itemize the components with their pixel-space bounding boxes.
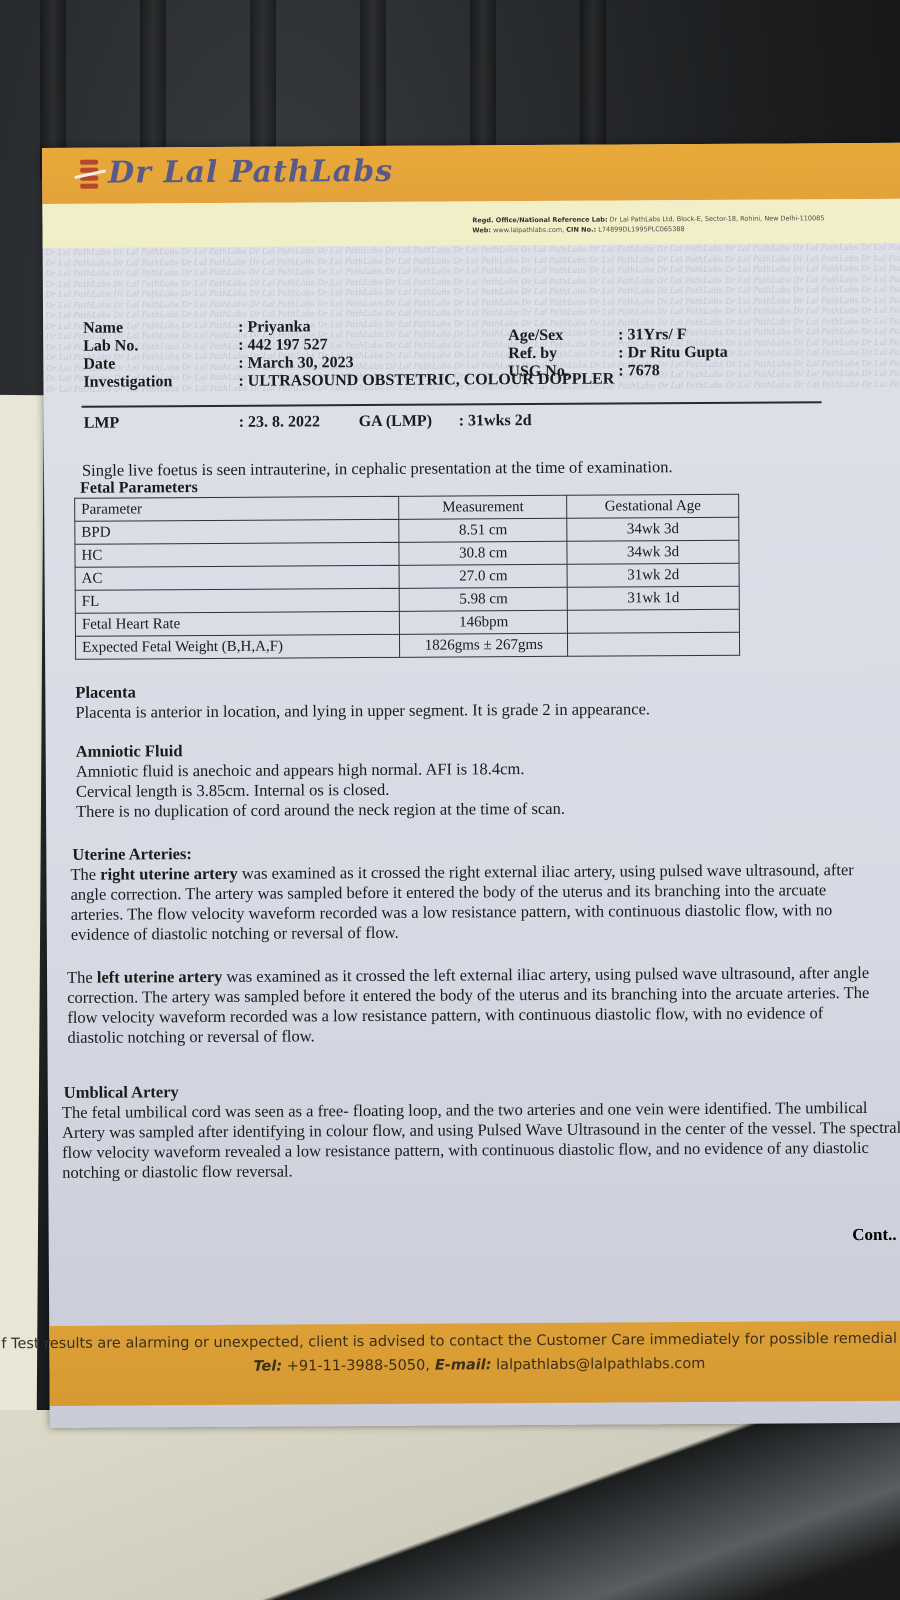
labno-label: Lab No. xyxy=(83,337,238,356)
brand-logo: Dr Lal PathLabs xyxy=(74,154,393,191)
table-cell: 30.8 cm xyxy=(399,541,567,565)
placenta-text: Placenta is anterior in location, and ly… xyxy=(75,699,650,723)
patient-name: : Priyanka xyxy=(238,318,311,335)
ga-value: : 31wks 2d xyxy=(459,412,532,429)
underlying-paper xyxy=(0,395,44,1495)
fetal-parameters-title: Fetal Parameters xyxy=(80,478,198,499)
dna-logo-icon xyxy=(74,156,104,190)
table-cell: FL xyxy=(75,588,400,613)
usg-label: USG No. xyxy=(508,362,618,381)
tel-number: +91-11-3988-5050, xyxy=(282,1358,430,1375)
table-cell: 146bpm xyxy=(400,610,568,634)
right-uterine-paragraph: The right uterine artery was examined as… xyxy=(70,860,880,945)
ga-label: GA (LMP) xyxy=(359,411,459,432)
uterine-title: Uterine Arteries: xyxy=(72,844,192,865)
left-uterine-bold: left uterine artery xyxy=(97,967,223,987)
right-uterine-bold: right uterine artery xyxy=(100,864,238,884)
footer-contact: Tel: +91-11-3988-5050, E-mail: lalpathla… xyxy=(49,1355,900,1376)
column-header: Gestational Age xyxy=(567,494,739,518)
investigation-label: Investigation xyxy=(83,373,238,392)
table-cell: 8.51 cm xyxy=(399,518,567,542)
header-band: Dr Lal PathLabs xyxy=(42,143,900,204)
cin-label: CIN No.: xyxy=(566,226,596,234)
umbilical-text: The fetal umbilical cord was seen as a f… xyxy=(62,1098,900,1183)
regd-value: Dr Lal PathLabs Ltd, Block-E, Sector-18,… xyxy=(610,214,825,223)
table-cell: 31wk 1d xyxy=(567,586,739,610)
lab-report-sheet: Dr Lal PathLabs Regd. Office/National Re… xyxy=(42,143,900,1428)
column-header: Parameter xyxy=(75,496,400,521)
table-cell: 31wk 2d xyxy=(567,563,739,587)
regd-label: Regd. Office/National Reference Lab: xyxy=(472,216,607,225)
lmp-value: : 23. 8. 2022 xyxy=(239,412,359,433)
web-value: www.lalpathlabs.com, xyxy=(493,226,564,234)
left-uterine-pre: The xyxy=(67,968,97,987)
email-address: lalpathlabs@lalpathlabs.com xyxy=(491,1356,705,1373)
report-date: : March 30, 2023 xyxy=(238,354,353,372)
table-cell: BPD xyxy=(75,519,400,544)
agesex-label: Age/Sex xyxy=(508,326,618,345)
table-cell: 34wk 3d xyxy=(567,540,739,564)
table-cell: Fetal Heart Rate xyxy=(75,611,400,636)
brand-name: Dr Lal PathLabs xyxy=(108,154,393,191)
left-uterine-paragraph: The left uterine artery was examined as … xyxy=(67,963,877,1048)
footer-notice: f Test results are alarming or unexpecte… xyxy=(1,1331,900,1353)
table-cell: AC xyxy=(75,565,400,590)
referred-by: : Dr Ritu Gupta xyxy=(618,344,728,362)
email-label: E-mail: xyxy=(430,1357,492,1373)
lab-number: : 442 197 527 xyxy=(238,336,327,354)
fetal-parameters-table: ParameterMeasurementGestational AgeBPD8.… xyxy=(74,494,740,660)
table-row: Expected Fetal Weight (B,H,A,F)1826gms ±… xyxy=(75,632,739,659)
lmp-label: LMP xyxy=(84,413,239,434)
cin-value: L74899DL1995PLC065388 xyxy=(598,225,684,234)
divider xyxy=(82,401,822,408)
umbilical-title: Umblical Artery xyxy=(64,1082,179,1103)
web-label: Web: xyxy=(472,226,491,234)
refby-label: Ref. by xyxy=(508,344,618,363)
column-header: Measurement xyxy=(399,495,567,519)
name-label: Name xyxy=(83,319,238,338)
amniotic-line-1: Amniotic fluid is anechoic and appears h… xyxy=(76,759,525,782)
registered-office: Regd. Office/National Reference Lab: Dr … xyxy=(472,213,824,235)
table-cell: Expected Fetal Weight (B,H,A,F) xyxy=(75,634,400,659)
right-uterine-pre: The xyxy=(70,865,100,884)
table-cell: 5.98 cm xyxy=(400,587,568,611)
tel-label: Tel: xyxy=(253,1359,282,1375)
age-sex: : 31Yrs/ F xyxy=(618,326,687,343)
table-cell: HC xyxy=(75,542,400,567)
continued-marker: Cont.. xyxy=(852,1225,897,1245)
date-label: Date xyxy=(83,355,238,374)
amniotic-line-3: There is no duplication of cord around t… xyxy=(76,799,565,822)
table-cell: 27.0 cm xyxy=(399,564,567,588)
car-seat-background xyxy=(0,1410,900,1600)
placenta-title: Placenta xyxy=(75,682,136,702)
table-cell xyxy=(568,609,740,633)
table-cell xyxy=(568,632,740,656)
amniotic-title: Amniotic Fluid xyxy=(76,741,183,762)
table-cell: 34wk 3d xyxy=(567,517,739,541)
table-cell: 1826gms ± 267gms xyxy=(400,633,568,657)
usg-number: : 7678 xyxy=(618,362,659,379)
amniotic-line-2: Cervical length is 3.85cm. Internal os i… xyxy=(76,780,390,802)
footer-band: f Test results are alarming or unexpecte… xyxy=(49,1321,900,1406)
